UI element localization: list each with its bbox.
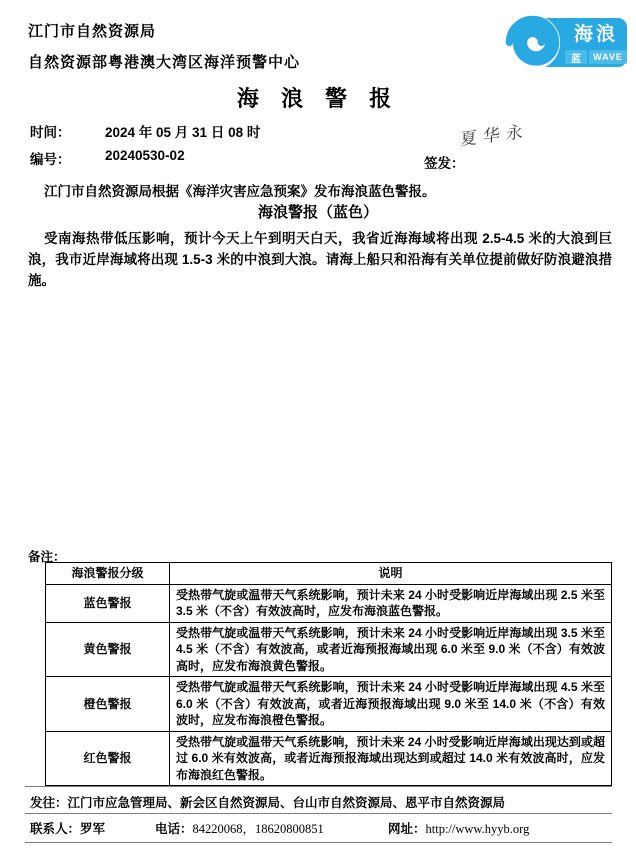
issue-no-value: 20240530-02 xyxy=(105,148,185,163)
table-row: 红色警报 受热带气旋或温带天气系统影响，预计未来 24 小时受影响近岸海域出现达… xyxy=(46,731,612,786)
website-group: 网址：http://www.hyyb.org xyxy=(388,819,529,837)
level-column-header: 海浪警报分级 xyxy=(46,563,170,585)
phone-value: 84220068，18620800851 xyxy=(193,822,324,836)
logo-wave-text: WAVE xyxy=(589,50,627,64)
document-title: 海 浪 警 报 xyxy=(0,82,636,113)
footer-divider-mid xyxy=(25,813,612,814)
contact-group: 联系人：罗军 xyxy=(30,819,105,837)
logo-level-text: 蓝 xyxy=(565,50,587,64)
table-header-row: 海浪警报分级 说明 xyxy=(46,563,612,585)
level-cell-orange: 橙色警报 xyxy=(46,677,170,732)
org-line-2: 自然资源部粤港澳大湾区海洋预警中心 xyxy=(28,51,300,72)
footer-divider-top xyxy=(25,786,612,787)
level-cell-blue: 蓝色警报 xyxy=(46,584,170,622)
website-value: http://www.hyyb.org xyxy=(426,822,530,836)
table-row: 蓝色警报 受热带气旋或温带天气系统影响，预计未来 24 小时受影响近岸海域出现 … xyxy=(46,584,612,622)
signature-handwriting: 夏华永 xyxy=(460,117,529,151)
wave-spiral-icon xyxy=(504,14,561,71)
sent-to-value: 江门市应急管理局、新会区自然资源局、台山市自然资源局、恩平市自然资源局 xyxy=(68,796,506,810)
desc-cell-blue: 受热带气旋或温带天气系统影响，预计未来 24 小时受影响近岸海域出现 2.5 米… xyxy=(170,584,612,622)
time-label: 时间： xyxy=(30,121,71,141)
table-row: 橙色警报 受热带气旋或温带天气系统影响，预计未来 24 小时受影响近岸海域出现 … xyxy=(46,677,612,732)
desc-cell-red: 受热带气旋或温带天气系统影响，预计未来 24 小时受影响近岸海域出现达到或超过 … xyxy=(170,731,612,786)
issue-no-label: 编号： xyxy=(30,148,71,168)
level-cell-yellow: 黄色警报 xyxy=(46,622,170,677)
contact-label: 联系人： xyxy=(30,822,80,836)
contact-value: 罗军 xyxy=(80,822,105,836)
phone-group: 电话：84220068，18620800851 xyxy=(155,819,324,837)
desc-cell-orange: 受热带气旋或温带天气系统影响，预计未来 24 小时受影响近岸海域出现 4.5 米… xyxy=(170,677,612,732)
org-line-1: 江门市自然资源局 xyxy=(28,20,156,41)
time-value: 2024 年 05 月 31 日 08 时 xyxy=(105,121,260,141)
document-page: 江门市自然资源局 自然资源部粤港澳大湾区海洋预警中心 海浪 蓝 WAVE 海 浪… xyxy=(0,0,636,859)
intro-paragraph: 江门市自然资源局根据《海洋灾害应急预案》发布海浪蓝色警报。 xyxy=(28,180,612,200)
website-label: 网址： xyxy=(388,822,426,836)
warning-levels-table: 海浪警报分级 说明 蓝色警报 受热带气旋或温带天气系统影响，预计未来 24 小时… xyxy=(45,562,612,786)
desc-cell-yellow: 受热带气旋或温带天气系统影响，预计未来 24 小时受影响近岸海域出现 3.5 米… xyxy=(170,622,612,677)
logo-strip: 蓝 WAVE xyxy=(565,50,627,64)
desc-column-header: 说明 xyxy=(170,563,612,585)
warning-subtitle: 海浪警报（蓝色） xyxy=(0,201,636,222)
sent-to-label: 发往： xyxy=(30,796,68,810)
warning-body-paragraph: 受南海热带低压影响，预计今天上午到明天白天，我省近海海域将出现 2.5-4.5 … xyxy=(28,228,612,291)
phone-label: 电话： xyxy=(155,822,193,836)
level-cell-red: 红色警报 xyxy=(46,731,170,786)
table-row: 黄色警报 受热带气旋或温带天气系统影响，预计未来 24 小时受影响近岸海域出现 … xyxy=(46,622,612,677)
sign-label: 签发： xyxy=(424,152,465,172)
footer-divider-bottom xyxy=(25,842,612,843)
wave-logo: 海浪 蓝 WAVE xyxy=(504,13,628,73)
sent-to-row: 发往：江门市应急管理局、新会区自然资源局、台山市自然资源局、恩平市自然资源局 xyxy=(30,793,612,811)
logo-name-text: 海浪 xyxy=(566,24,626,46)
